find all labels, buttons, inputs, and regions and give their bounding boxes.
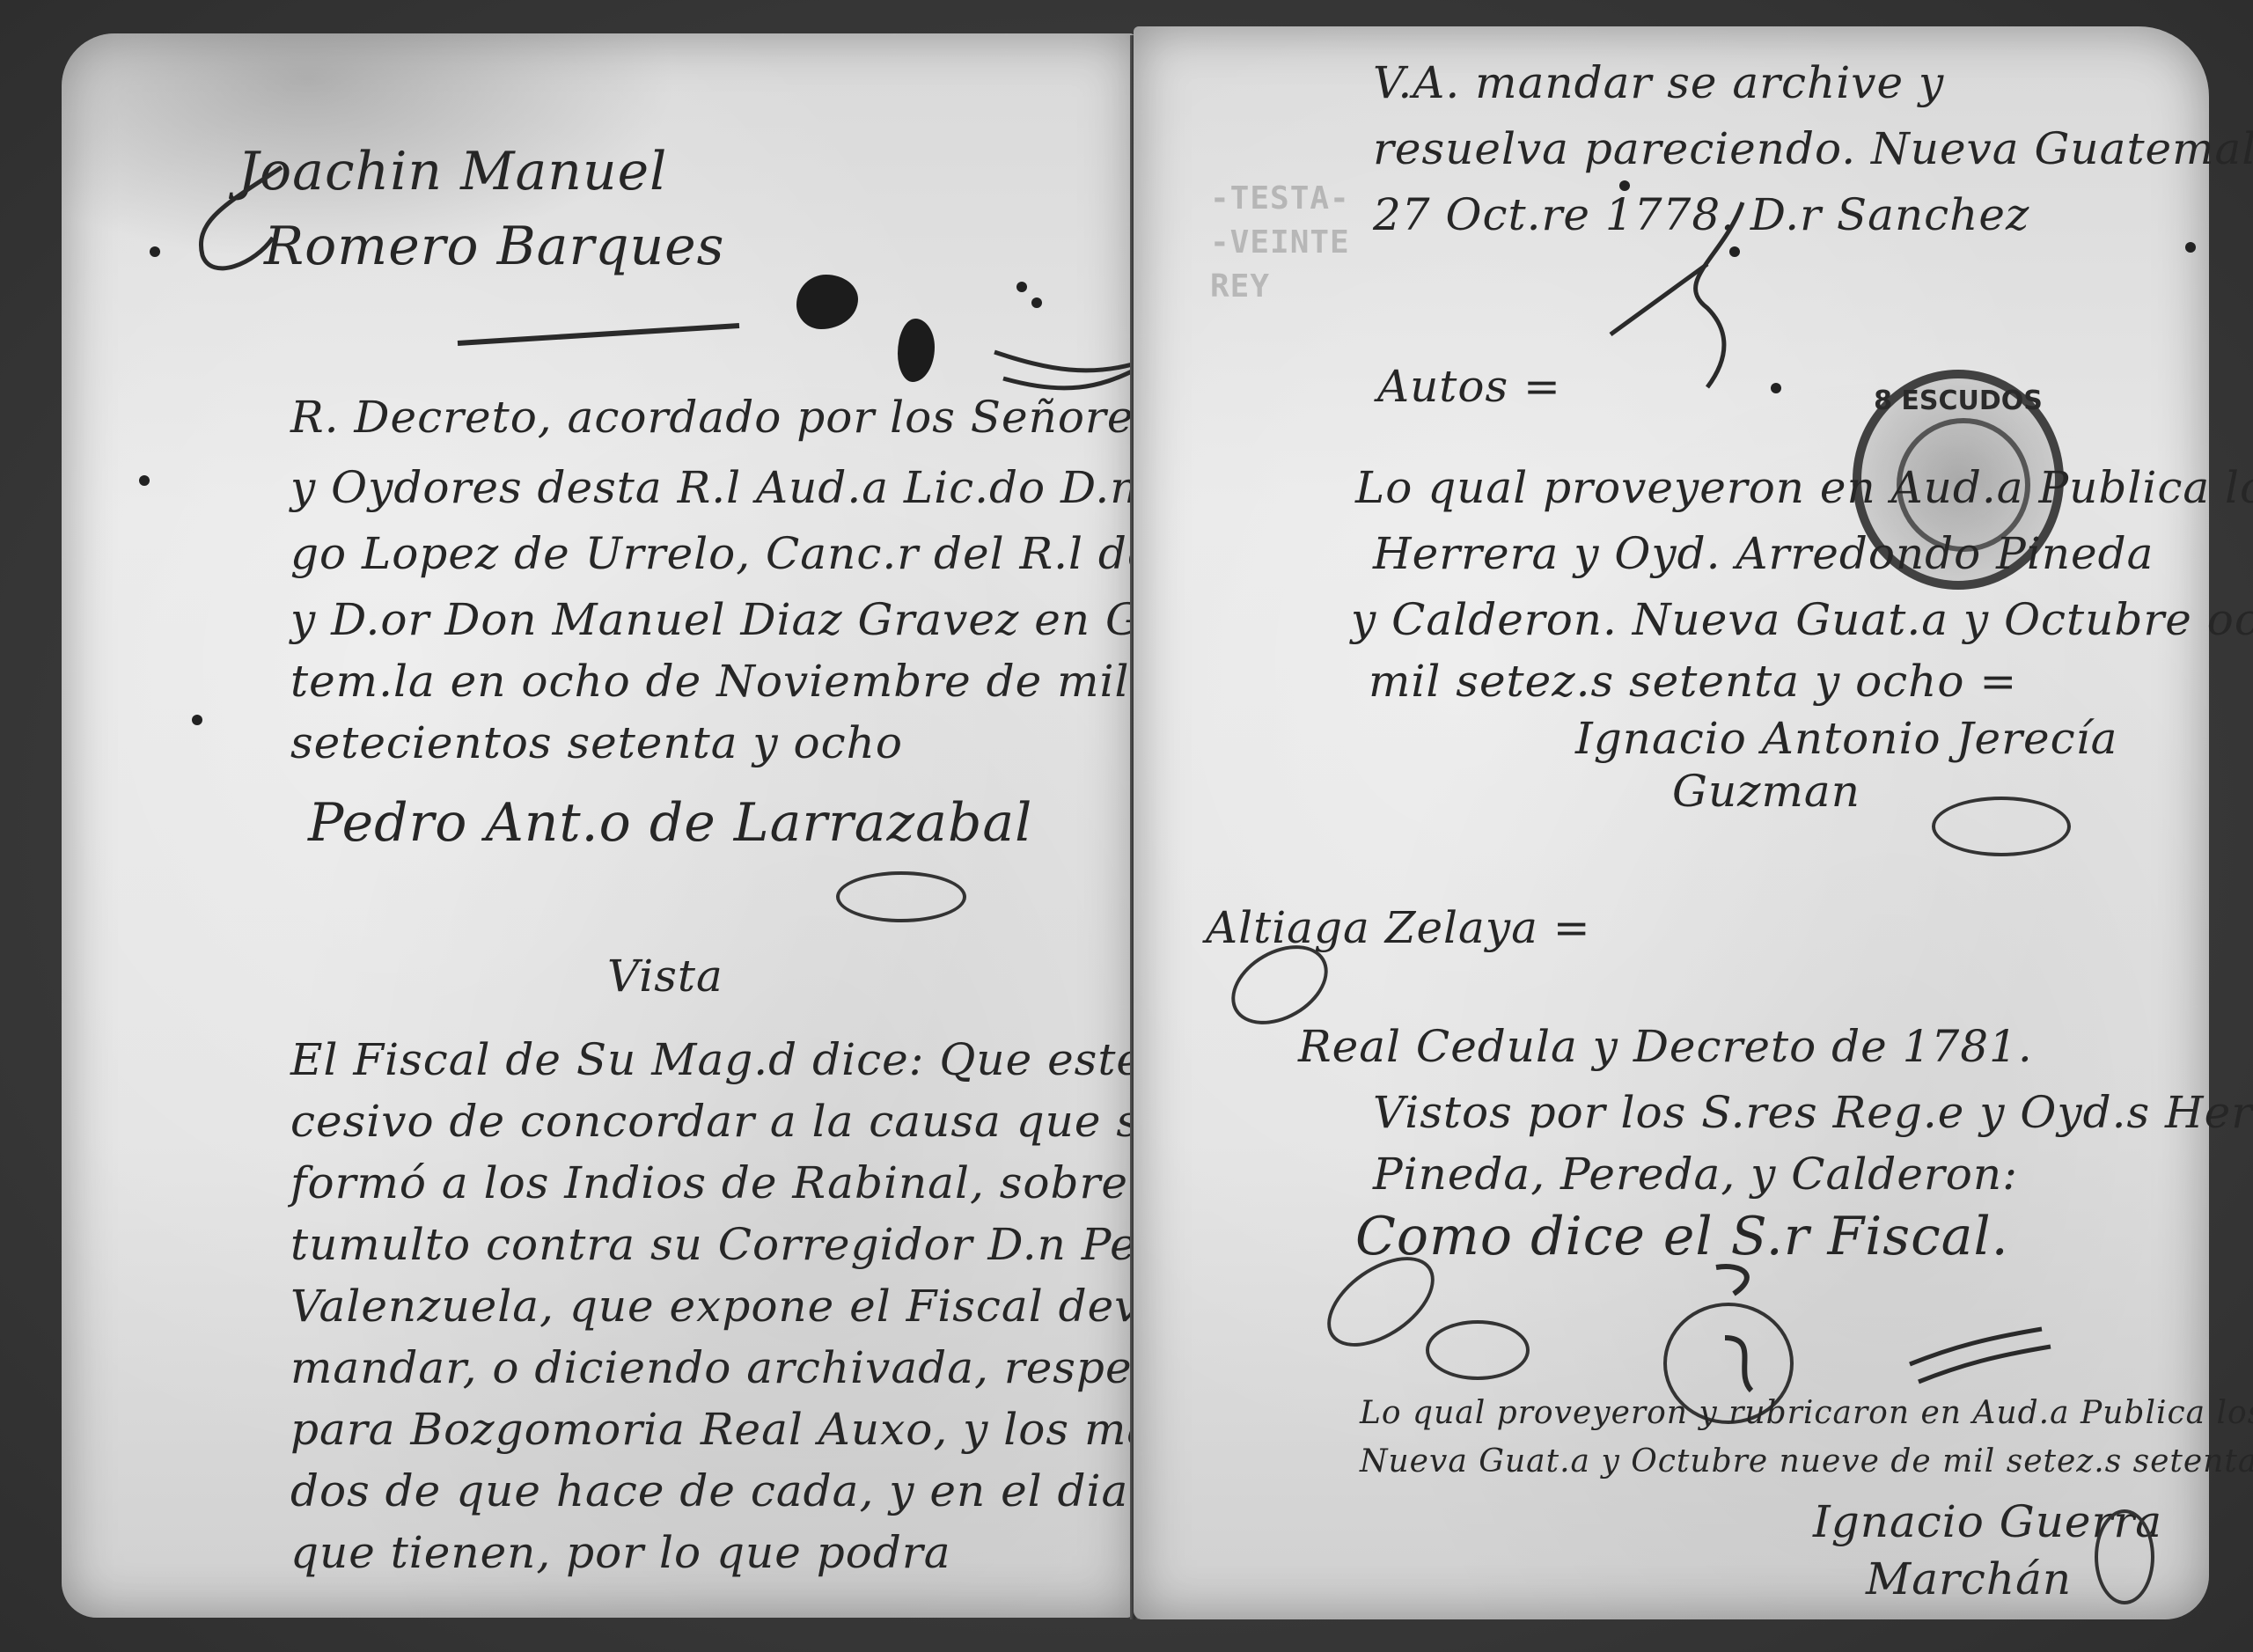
section-heading-vista: Vista xyxy=(607,951,723,1002)
text-line: resuelva pareciendo. Nueva Guatemala y xyxy=(1373,123,2253,174)
text-line: Pineda, Pereda, y Calderon: xyxy=(1373,1149,2018,1200)
text-line: setecientos setenta y ocho xyxy=(290,717,903,768)
text-line: 27 Oct.re 1778. D.r Sanchez xyxy=(1373,189,2029,240)
seal-text: 8 ESCUDOS xyxy=(1861,385,2055,416)
heading-autos: Autos = xyxy=(1377,361,1561,412)
text-line: tumulto contra su Corregidor D.n Pedro xyxy=(290,1219,1215,1270)
header-signature-line-1: Joachin Manuel xyxy=(238,141,667,202)
ink-dot xyxy=(1771,383,1781,393)
text-line: cesivo de concordar a la causa que se xyxy=(290,1096,1167,1147)
ink-dot xyxy=(139,475,150,486)
text-line: El Fiscal de Su Mag.d dice: Que este ex- xyxy=(290,1034,1226,1085)
ink-dot xyxy=(1016,282,1027,292)
signature-jerecia: Ignacio Antonio Jerecía xyxy=(1575,713,2117,764)
rubric-oval xyxy=(1426,1320,1530,1380)
text-line: Vistos por los S.res Reg.e y Oyd.s Herre… xyxy=(1373,1087,2253,1138)
text-line: Herrera y Oyd. Arredondo Pineda xyxy=(1373,528,2154,579)
ink-dot xyxy=(2185,242,2196,253)
text-line: y Calderon. Nueva Guat.a y Octubre ocho … xyxy=(1351,594,2253,645)
text-line: dos de que hace de cada, y en el dia xyxy=(290,1465,1128,1516)
text-line: Lo qual proveyeron en Aud.a Publica los … xyxy=(1355,462,2253,513)
header-signature-line-2: Romero Barques xyxy=(264,216,724,277)
text-line: V.A. mandar se archive y xyxy=(1373,57,1944,108)
text-line: y D.or Don Manuel Diaz Gravez en Gua xyxy=(290,594,1198,645)
ink-dot xyxy=(150,246,160,257)
signature-larrazabal: Pedro Ant.o de Larrazabal xyxy=(308,792,1032,854)
rubric-strokes xyxy=(1663,1259,1672,1267)
signature-rubric xyxy=(836,871,966,922)
text-line: Real Cedula y Decreto de 1781. xyxy=(1298,1021,2033,1072)
signature-rubric xyxy=(2095,1509,2154,1604)
text-line: Como dice el S.r Fiscal. xyxy=(1355,1206,2009,1267)
text-line: Lo qual proveyeron y rubricaron en Aud.a… xyxy=(1360,1395,2253,1431)
text-line: para Bozgomoria Real Auxo, y los ma xyxy=(290,1404,1154,1455)
stamp-line: -TESTA- xyxy=(1210,180,1350,217)
text-line: mandar, o diciendo archivada, respecto xyxy=(290,1342,1204,1393)
ink-dot xyxy=(1619,180,1630,191)
signature-guzman: Guzman xyxy=(1672,766,1860,817)
stamp-line: REY xyxy=(1210,268,1270,305)
text-line: que tienen, por lo que podra xyxy=(290,1527,951,1578)
stamp-line: -VEINTE xyxy=(1210,224,1350,261)
top-rubric xyxy=(1496,176,1505,185)
text-line: Nueva Guat.a y Octubre nueve de mil sete… xyxy=(1360,1443,2253,1479)
text-line: mil setez.s setenta y ocho = xyxy=(1369,656,2017,707)
text-line: formó a los Indios de Rabinal, sobre xyxy=(290,1157,1128,1208)
ink-dot xyxy=(1729,246,1740,257)
text-line: R. Decreto, acordado por los Señores Pre xyxy=(290,392,1251,443)
text-line: tem.la en ocho de Noviembre de mill xyxy=(290,656,1145,707)
signature-marchan: Marchán xyxy=(1866,1553,2072,1604)
text-line: Valenzuela, que expone el Fiscal deve xyxy=(290,1281,1167,1332)
signature-rubric xyxy=(1932,797,2071,856)
note-altiaga-zelaya: Altiaga Zelaya = xyxy=(1206,902,1591,953)
header-flourish xyxy=(176,150,185,158)
ink-dot xyxy=(1031,297,1042,308)
ink-dot xyxy=(192,715,202,725)
